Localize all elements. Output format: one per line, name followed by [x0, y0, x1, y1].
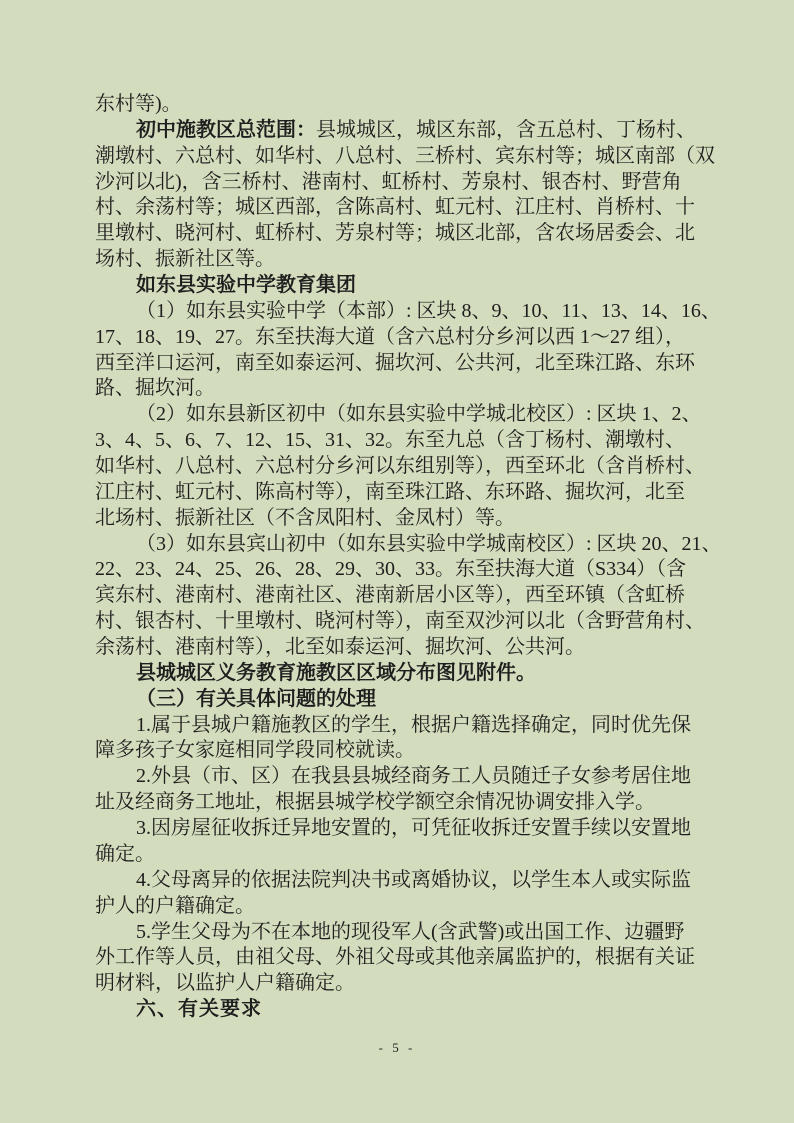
line-text: 22、23、24、25、26、28、29、30、33。东至扶海大道（S334）（…	[95, 558, 686, 580]
bold-lead-text: 如东县实验中学教育集团	[136, 274, 356, 296]
doc-line: 村、银杏村、十里墩村、晓河村等），南至双沙河以北（含野营角村、	[95, 609, 735, 635]
doc-line: 3.因房屋征收拆迁异地安置的，可凭征收拆迁安置手续以安置地	[95, 816, 735, 842]
line-text: 17、18、19、27。东至扶海大道（含六总村分乡河以西 1～27 组），	[95, 326, 685, 348]
line-text: 3、4、5、6、7、12、15、31、32。东至九总（含丁杨村、潮墩村、	[95, 429, 685, 451]
doc-line: 如华村、八总村、六总村分乡河以东组别等），西至环北（含肖桥村、	[95, 454, 735, 480]
line-text: 六、有关要求	[136, 998, 262, 1020]
doc-line: 东村等)。	[95, 92, 735, 118]
page-number: - 5 -	[0, 1040, 794, 1056]
section-heading-line: 初中施教区总范围：县城城区，城区东部，含五总村、丁杨村、	[95, 118, 735, 144]
doc-line: 障多孩子女家庭相同学段同校就读。	[95, 738, 735, 764]
section-heading-line: 县城城区义务教育施教区区域分布图见附件。	[95, 661, 735, 687]
line-text: （3）如东县宾山初中（如东县实验中学城南校区）: 区块 20、21、	[136, 533, 722, 555]
section-heading-line: 六、有关要求	[95, 997, 735, 1023]
document-text-block: 东村等)。初中施教区总范围：县城城区，城区东部，含五总村、丁杨村、潮墩村、六总村…	[95, 92, 735, 1023]
doc-line: 场村、振新社区等。	[95, 247, 735, 273]
doc-line: 5.学生父母为不在本地的现役军人(含武警)或出国工作、边疆野	[95, 920, 735, 946]
doc-line: 路、掘坎河。	[95, 376, 735, 402]
doc-line: 2.外县（市、区）在我县县城经商务工人员随迁子女参考居住地	[95, 764, 735, 790]
line-text: 明材料，以监护人户籍确定。	[95, 972, 355, 994]
doc-line: 护人的户籍确定。	[95, 894, 735, 920]
doc-line: 确定。	[95, 842, 735, 868]
line-text: 县城城区，城区东部，含五总村、丁杨村、	[316, 119, 696, 141]
bold-lead-text: （三）有关具体问题的处理	[136, 688, 376, 710]
doc-line: 址及经商务工地址，根据县城学校学额空余情况协调安排入学。	[95, 790, 735, 816]
doc-line: （3）如东县宾山初中（如东县实验中学城南校区）: 区块 20、21、	[95, 532, 735, 558]
doc-line: 村、余荡村等；城区西部，含陈高村、虹元村、江庄村、肖桥村、十	[95, 195, 735, 221]
line-text: 东村等)。	[95, 93, 182, 115]
line-text: 西至洋口运河，南至如泰运河、掘坎河、公共河，北至珠江路、东环	[95, 352, 695, 374]
line-text: （1）如东县实验中学（本部）: 区块 8、9、10、11、13、14、16、	[136, 300, 721, 322]
doc-line: （2）如东县新区初中（如东县实验中学城北校区）: 区块 1、2、	[95, 402, 735, 428]
doc-line: 宾东村、港南村、港南社区、港南新居小区等），西至环镇（含虹桥	[95, 583, 735, 609]
line-text: （2）如东县新区初中（如东县实验中学城北校区）: 区块 1、2、	[136, 403, 702, 425]
doc-line: 4.父母离异的依据法院判决书或离婚协议，以学生本人或实际监	[95, 868, 735, 894]
line-text: 江庄村、虹元村、陈高村等），南至珠江路、东环路、掘坎河，北至	[95, 481, 685, 503]
doc-line: （1）如东县实验中学（本部）: 区块 8、9、10、11、13、14、16、	[95, 299, 735, 325]
bold-lead-text: 初中施教区总范围：	[136, 119, 316, 141]
doc-line: 3、4、5、6、7、12、15、31、32。东至九总（含丁杨村、潮墩村、	[95, 428, 735, 454]
line-text: 如华村、八总村、六总村分乡河以东组别等），西至环北（含肖桥村、	[95, 455, 705, 477]
doc-line: 1.属于县城户籍施教区的学生，根据户籍选择确定，同时优先保	[95, 713, 735, 739]
doc-line: 西至洋口运河，南至如泰运河、掘坎河、公共河，北至珠江路、东环	[95, 351, 735, 377]
line-text: 护人的户籍确定。	[95, 895, 255, 917]
line-text: 1.属于县城户籍施教区的学生，根据户籍选择确定，同时优先保	[136, 714, 691, 736]
doc-line: 北场村、振新社区（不含凤阳村、金凤村）等。	[95, 506, 735, 532]
line-text: 外工作等人员，由祖父母、外祖父母或其他亲属监护的，根据有关证	[95, 946, 695, 968]
line-text: 路、掘坎河。	[95, 377, 215, 399]
doc-line: 潮墩村、六总村、如华村、八总村、三桥村、宾东村等；城区南部（双	[95, 144, 735, 170]
line-text: 沙河以北)，含三桥村、港南村、虹桥村、芳泉村、银杏村、野营角	[95, 171, 682, 193]
doc-line: 江庄村、虹元村、陈高村等），南至珠江路、东环路、掘坎河，北至	[95, 480, 735, 506]
line-text: 余荡村、港南村等），北至如泰运河、掘坎河、公共河。	[95, 636, 585, 658]
doc-line: 里墩村、晓河村、虹桥村、芳泉村等；城区北部，含农场居委会、北	[95, 221, 735, 247]
line-text: 里墩村、晓河村、虹桥村、芳泉村等；城区北部，含农场居委会、北	[95, 222, 695, 244]
line-text: 2.外县（市、区）在我县县城经商务工人员随迁子女参考居住地	[136, 765, 691, 787]
bold-lead-text: 县城城区义务教育施教区区域分布图见附件。	[136, 662, 536, 684]
line-text: 宾东村、港南村、港南社区、港南新居小区等），西至环镇（含虹桥	[95, 584, 685, 606]
line-text: 村、余荡村等；城区西部，含陈高村、虹元村、江庄村、肖桥村、十	[95, 196, 695, 218]
line-text: 潮墩村、六总村、如华村、八总村、三桥村、宾东村等；城区南部（双	[95, 145, 715, 167]
doc-line: 明材料，以监护人户籍确定。	[95, 971, 735, 997]
doc-line: 沙河以北)，含三桥村、港南村、虹桥村、芳泉村、银杏村、野营角	[95, 170, 735, 196]
line-text: 4.父母离异的依据法院判决书或离婚协议，以学生本人或实际监	[136, 869, 691, 891]
doc-line: 22、23、24、25、26、28、29、30、33。东至扶海大道（S334）（…	[95, 557, 735, 583]
line-text: 确定。	[95, 843, 155, 865]
line-text: 北场村、振新社区（不含凤阳村、金凤村）等。	[95, 507, 515, 529]
doc-line: 外工作等人员，由祖父母、外祖父母或其他亲属监护的，根据有关证	[95, 945, 735, 971]
line-text: 址及经商务工地址，根据县城学校学额空余情况协调安排入学。	[95, 791, 655, 813]
line-text: 场村、振新社区等。	[95, 248, 275, 270]
line-text: 村、银杏村、十里墩村、晓河村等），南至双沙河以北（含野营角村、	[95, 610, 705, 632]
doc-line: 17、18、19、27。东至扶海大道（含六总村分乡河以西 1～27 组），	[95, 325, 735, 351]
line-text: 障多孩子女家庭相同学段同校就读。	[95, 739, 415, 761]
document-page: 东村等)。初中施教区总范围：县城城区，城区东部，含五总村、丁杨村、潮墩村、六总村…	[0, 0, 794, 1123]
section-heading-line: 如东县实验中学教育集团	[95, 273, 735, 299]
doc-line: 余荡村、港南村等），北至如泰运河、掘坎河、公共河。	[95, 635, 735, 661]
line-text: 5.学生父母为不在本地的现役军人(含武警)或出国工作、边疆野	[136, 921, 684, 943]
section-heading-line: （三）有关具体问题的处理	[95, 687, 735, 713]
line-text: 3.因房屋征收拆迁异地安置的，可凭征收拆迁安置手续以安置地	[136, 817, 691, 839]
